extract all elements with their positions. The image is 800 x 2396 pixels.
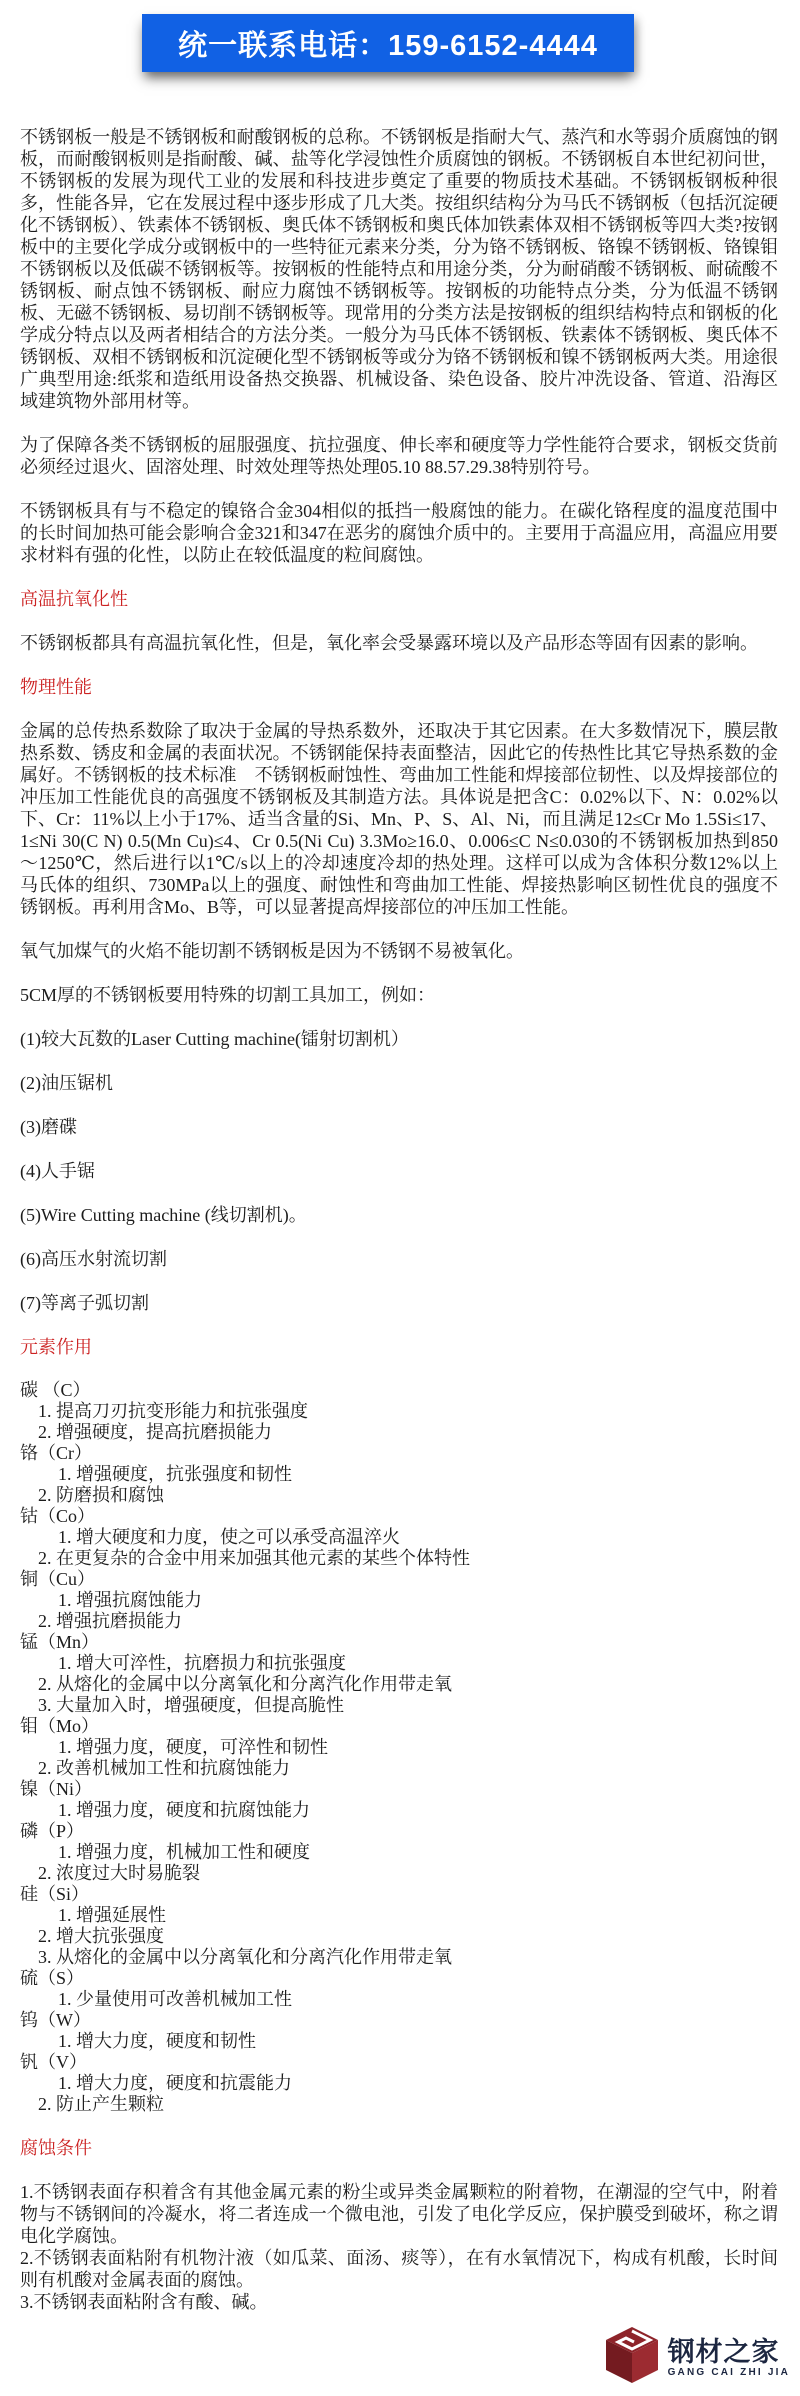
site-logo-title: 钢材之家 bbox=[668, 2338, 790, 2367]
element-name: 铬（Cr） bbox=[20, 1443, 778, 1464]
element-name: 钴（Co） bbox=[20, 1506, 778, 1527]
section-heading: 元素作用 bbox=[20, 1336, 778, 1358]
element-name: 碳 （C） bbox=[20, 1380, 778, 1401]
element-effect-item: 2. 改善机械加工性和抗腐蚀能力 bbox=[20, 1758, 778, 1779]
element-effect-item: 2. 增强硬度，提高抗磨损能力 bbox=[20, 1422, 778, 1443]
element-group: 钒（V）1. 增大力度，硬度和抗震能力2. 防止产生颗粒 bbox=[20, 2052, 778, 2115]
element-name: 磷（P） bbox=[20, 1821, 778, 1842]
site-logo: 钢材之家 GANG CAI ZHI JIA bbox=[604, 2325, 790, 2390]
element-effect-item: 1. 增大硬度和力度，使之可以承受高温淬火 bbox=[20, 1527, 778, 1548]
paragraph: 氧气加煤气的火焰不能切割不锈钢板是因为不锈钢不易被氧化。 bbox=[20, 940, 778, 962]
corrosion-condition-item: 2.不锈钢表面粘附有机物汁液（如瓜菜、面汤、痰等），在有水氧情况下，构成有机酸，… bbox=[20, 2247, 778, 2291]
element-name: 铜（Cu） bbox=[20, 1569, 778, 1590]
paragraph: 不锈钢板具有与不稳定的镍铬合金304相似的抵挡一般腐蚀的能力。在碳化铬程度的温度… bbox=[20, 500, 778, 566]
element-group: 钨（W）1. 增大力度，硬度和韧性 bbox=[20, 2010, 778, 2052]
element-group: 镍（Ni）1. 增强力度，硬度和抗腐蚀能力 bbox=[20, 1779, 778, 1821]
element-effect-item: 1. 增大力度，硬度和抗震能力 bbox=[20, 2073, 778, 2094]
element-name: 硫（S） bbox=[20, 1968, 778, 1989]
content: 不锈钢板一般是不锈钢板和耐酸钢板的总称。不锈钢板是指耐大气、蒸汽和水等弱介质腐蚀… bbox=[20, 126, 778, 2313]
paragraph: 金属的总传热系数除了取决于金属的导热系数外，还取决于其它因素。在大多数情况下，膜… bbox=[20, 720, 778, 918]
element-effect-item: 3. 大量加入时，增强硬度，但提高脆性 bbox=[20, 1695, 778, 1716]
element-group: 钴（Co）1. 增大硬度和力度，使之可以承受高温淬火2. 在更复杂的合金中用来加… bbox=[20, 1506, 778, 1569]
paragraph: (1)较大瓦数的Laser Cutting machine(镭射切割机） bbox=[20, 1028, 778, 1050]
element-effect-item: 2. 增大抗张强度 bbox=[20, 1926, 778, 1947]
paragraph: (4)人手锯 bbox=[20, 1160, 778, 1182]
contact-phone-banner: 统一联系电话：159-6152-4444 bbox=[142, 14, 634, 72]
element-name: 钨（W） bbox=[20, 2010, 778, 2031]
section-heading: 高温抗氧化性 bbox=[20, 588, 778, 610]
paragraph: (7)等离子弧切割 bbox=[20, 1292, 778, 1314]
element-effect-item: 2. 防磨损和腐蚀 bbox=[20, 1485, 778, 1506]
corrosion-condition-item: 1.不锈钢表面存积着含有其他金属元素的粉尘或异类金属颗粒的附着物，在潮湿的空气中… bbox=[20, 2181, 778, 2247]
section-heading: 物理性能 bbox=[20, 676, 778, 698]
element-group: 铜（Cu）1. 增强抗腐蚀能力2. 增强抗磨损能力 bbox=[20, 1569, 778, 1632]
site-logo-subtitle: GANG CAI ZHI JIA bbox=[668, 2367, 790, 2378]
element-effect-item: 1. 提高刀刃抗变形能力和抗张强度 bbox=[20, 1401, 778, 1422]
element-name: 钼（Mo） bbox=[20, 1716, 778, 1737]
element-effect-item: 2. 浓度过大时易脆裂 bbox=[20, 1863, 778, 1884]
element-effect-item: 1. 增强力度，硬度和抗腐蚀能力 bbox=[20, 1800, 778, 1821]
element-effect-item: 2. 从熔化的金属中以分离氧化和分离汽化作用带走氧 bbox=[20, 1674, 778, 1695]
element-group: 碳 （C）1. 提高刀刃抗变形能力和抗张强度2. 增强硬度，提高抗磨损能力 bbox=[20, 1380, 778, 1443]
element-effects-list: 碳 （C）1. 提高刀刃抗变形能力和抗张强度2. 增强硬度，提高抗磨损能力铬（C… bbox=[20, 1380, 778, 2115]
element-group: 锰（Mn）1. 增大可淬性，抗磨损力和抗张强度2. 从熔化的金属中以分离氧化和分… bbox=[20, 1632, 778, 1716]
element-effect-item: 1. 增强抗腐蚀能力 bbox=[20, 1590, 778, 1611]
contact-phone-text: 统一联系电话：159-6152-4444 bbox=[178, 23, 598, 64]
element-effect-item: 2. 增强抗磨损能力 bbox=[20, 1611, 778, 1632]
element-effect-item: 1. 增大可淬性，抗磨损力和抗张强度 bbox=[20, 1653, 778, 1674]
paragraph: (6)高压水射流切割 bbox=[20, 1248, 778, 1270]
element-group: 硫（S）1. 少量使用可改善机械加工性 bbox=[20, 1968, 778, 2010]
element-group: 硅（Si）1. 增强延展性2. 增大抗张强度3. 从熔化的金属中以分离氧化和分离… bbox=[20, 1884, 778, 1968]
paragraph: 5CM厚的不锈钢板要用特殊的切割工具加工，例如： bbox=[20, 984, 778, 1006]
element-effect-item: 3. 从熔化的金属中以分离氧化和分离汽化作用带走氧 bbox=[20, 1947, 778, 1968]
paragraph: (3)磨碟 bbox=[20, 1116, 778, 1138]
site-logo-text: 钢材之家 GANG CAI ZHI JIA bbox=[668, 2338, 790, 2378]
element-effect-item: 1. 增强延展性 bbox=[20, 1905, 778, 1926]
element-effect-item: 1. 增强力度，机械加工性和硬度 bbox=[20, 1842, 778, 1863]
element-effect-item: 2. 在更复杂的合金中用来加强其他元素的某些个体特性 bbox=[20, 1548, 778, 1569]
element-effect-item: 2. 防止产生颗粒 bbox=[20, 2094, 778, 2115]
element-group: 铬（Cr）1. 增强硬度，抗张强度和韧性2. 防磨损和腐蚀 bbox=[20, 1443, 778, 1506]
element-effect-item: 1. 增强硬度，抗张强度和韧性 bbox=[20, 1464, 778, 1485]
steel-cube-logo-icon bbox=[604, 2325, 660, 2390]
corrosion-condition-list: 1.不锈钢表面存积着含有其他金属元素的粉尘或异类金属颗粒的附着物，在潮湿的空气中… bbox=[20, 2181, 778, 2313]
element-name: 锰（Mn） bbox=[20, 1632, 778, 1653]
paragraph: (2)油压锯机 bbox=[20, 1072, 778, 1094]
element-name: 钒（V） bbox=[20, 2052, 778, 2073]
element-group: 钼（Mo）1. 增强力度，硬度，可淬性和韧性2. 改善机械加工性和抗腐蚀能力 bbox=[20, 1716, 778, 1779]
element-name: 硅（Si） bbox=[20, 1884, 778, 1905]
paragraph: 不锈钢板一般是不锈钢板和耐酸钢板的总称。不锈钢板是指耐大气、蒸汽和水等弱介质腐蚀… bbox=[20, 126, 778, 412]
section-heading: 腐蚀条件 bbox=[20, 2137, 778, 2159]
paragraph: 为了保障各类不锈钢板的屈服强度、抗拉强度、伸长率和硬度等力学性能符合要求，钢板交… bbox=[20, 434, 778, 478]
element-effect-item: 1. 增大力度，硬度和韧性 bbox=[20, 2031, 778, 2052]
element-group: 磷（P）1. 增强力度，机械加工性和硬度2. 浓度过大时易脆裂 bbox=[20, 1821, 778, 1884]
paragraph: (5)Wire Cutting machine (线切割机)。 bbox=[20, 1204, 778, 1226]
corrosion-condition-item: 3.不锈钢表面粘附含有酸、碱。 bbox=[20, 2291, 778, 2313]
element-effect-item: 1. 增强力度，硬度，可淬性和韧性 bbox=[20, 1737, 778, 1758]
element-effect-item: 1. 少量使用可改善机械加工性 bbox=[20, 1989, 778, 2010]
element-name: 镍（Ni） bbox=[20, 1779, 778, 1800]
paragraph: 不锈钢板都具有高温抗氧化性，但是，氧化率会受暴露环境以及产品形态等固有因素的影响… bbox=[20, 632, 778, 654]
